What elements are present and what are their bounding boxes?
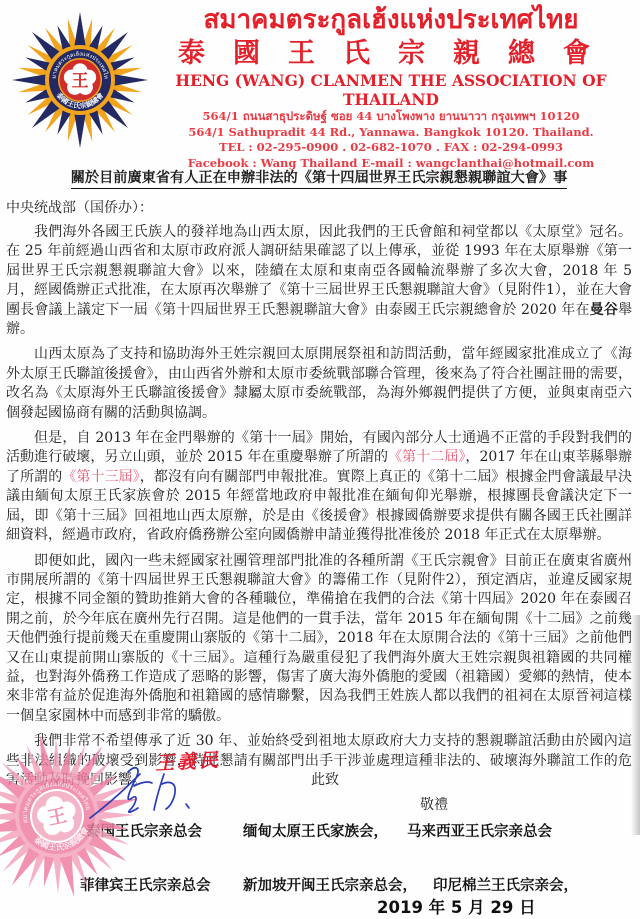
jingli-salute: 敬禮	[420, 794, 632, 814]
paragraph-3-red-13th: 《第十三屆》	[62, 469, 139, 485]
signatory-malaysia: 马来西亚王氏宗亲总会	[407, 820, 552, 841]
thai-address-line: 564/1 ถนนสาธุประดิษฐ์ ซอย 44 บางโพงพาง ย…	[148, 109, 634, 125]
paragraph-1: 我們海外各國王氏族人的發祥地為山西太原，因此我們的王氏會館和祠堂都以《太原堂》冠…	[6, 223, 632, 339]
association-emblem-icon: 王 สมาคมตระกูลเฮ้งแห่งประเทศไทย 泰國王氏宗親總會	[10, 10, 150, 150]
letter-body: 關於目前廣東省有人正在申辦非法的《第十四屆世界王氏宗親懇親聯誼大會》事 中央统战…	[6, 167, 632, 814]
scan-edge-shadow	[631, 615, 640, 835]
paragraph-3-red-12th: 《第十二屆》	[388, 449, 465, 465]
letter-page: 王 สมาคมตระกูลเฮ้งแห่งประเทศไทย 泰國王氏宗親總會 …	[0, 0, 640, 919]
emblem-center-glyph: 王	[72, 72, 89, 92]
letterhead: สมาคมตระกูลเฮ้งแห่งประเทศไทย 泰國王氏宗親總會 HE…	[148, 4, 634, 171]
signatory-myanmar: 缅甸太原王氏家族会，	[243, 820, 388, 841]
paragraph-1-text: 我們海外各國王氏族人的發祥地為山西太原，因此我們的王氏會館和祠堂都以《太原堂》冠…	[6, 224, 632, 318]
signature-scrawl	[86, 762, 196, 824]
paragraph-2: 山西太原為了支持和協助海外王姓宗親回太原開展祭祖和訪問活動，當年經國家批准成立了…	[6, 345, 632, 423]
chinese-association-name: 泰國王氏宗親總會	[148, 37, 634, 70]
letter-date: 2019 年 5 月 29 日	[377, 894, 536, 918]
subject-row: 關於目前廣東省有人正在申辦非法的《第十四屆世界王氏宗親懇親聯誼大會》事	[6, 167, 632, 189]
subject-line: 關於目前廣東省有人正在申辦非法的《第十四屆世界王氏宗親懇親聯誼大會》事	[71, 167, 568, 189]
paragraph-4: 即便如此，國內一些未經國家社團管理部門批准的各種所謂《王氏宗親會》目前正在廣東省…	[6, 552, 632, 727]
paragraph-1-bold-bangkok: 曼谷	[590, 302, 618, 318]
english-address-line: 564/1 Sathupradit 44 Rd., Yannawa. Bangk…	[148, 125, 634, 141]
signatory-indonesia: 印尼棉兰王氏宗亲会，	[433, 874, 578, 895]
english-association-name: HENG (WANG) CLANMEN THE ASSOCIATION OF T…	[148, 71, 634, 109]
cizhi-closing: 此致	[311, 772, 339, 788]
thai-association-name: สมาคมตระกูลเฮ้งแห่งประเทศไทย	[148, 4, 634, 37]
phone-fax-line: TEL : 02-295-0900 . 02-682-1070 . FAX : …	[148, 140, 634, 156]
signatory-singapore: 新加坡开闽王氏宗亲总会，	[243, 874, 417, 895]
paragraph-3: 但是，自 2013 年在金門舉辦的《第十一屆》開始，有國內部分人士通過不正當的手…	[6, 429, 632, 545]
salutation: 中央统战部（国侨办）：	[6, 197, 632, 217]
